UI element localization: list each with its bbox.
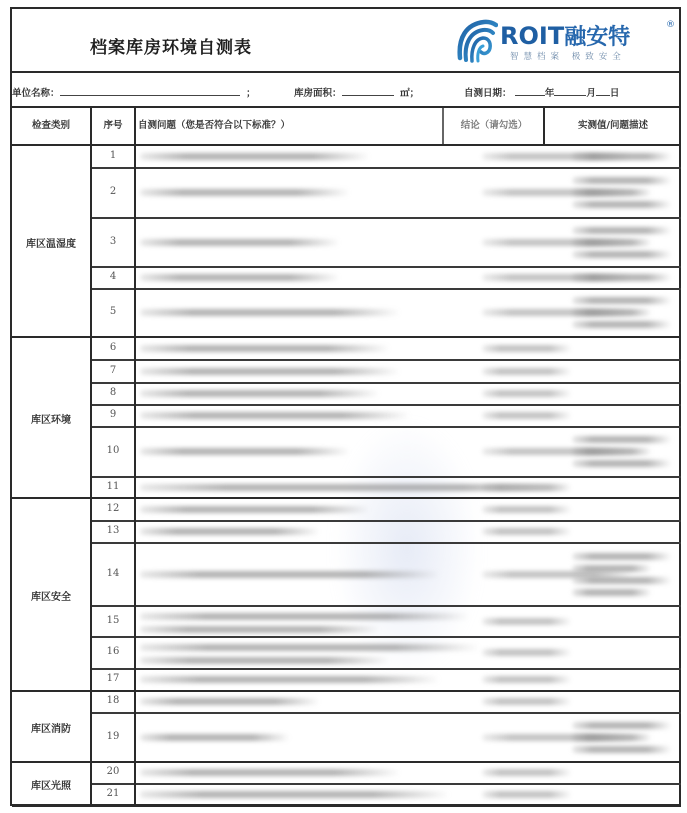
- row-number: 11: [92, 481, 134, 492]
- conclusion-redacted: [482, 676, 572, 683]
- question-text-redacted: [140, 274, 340, 281]
- brand-name: ROIT融安特: [500, 20, 630, 51]
- category-label: 库区温湿度: [12, 235, 90, 250]
- row-divider: [90, 605, 681, 607]
- question-text-redacted: [140, 769, 400, 776]
- brand-cn: 融安特: [564, 25, 630, 50]
- row-divider: [90, 288, 681, 290]
- conclusion-redacted: [482, 390, 572, 397]
- row-number: 20: [92, 766, 134, 777]
- table-header-row: 检查类别 序号 自测问题（您是否符合以下标准？） 结论（请勾选） 实测值/问题描…: [12, 108, 679, 146]
- measurement-redacted: [572, 553, 672, 560]
- measurement-redacted: [572, 251, 672, 258]
- measurement-redacted: [572, 153, 672, 160]
- row-divider: [12, 805, 681, 807]
- row-number: 9: [92, 409, 134, 420]
- year-label: 年: [545, 88, 555, 99]
- row-number: 8: [92, 387, 134, 398]
- row-divider: [90, 668, 681, 670]
- row-number: 14: [92, 568, 134, 579]
- row-number: 15: [92, 615, 134, 626]
- row-divider: [90, 520, 681, 522]
- measurement-redacted: [572, 577, 672, 584]
- brand-tagline: 智慧档案 极致安全: [510, 50, 626, 62]
- brand-latin: ROIT: [500, 22, 564, 50]
- row-divider: [12, 761, 681, 763]
- question-text-redacted: [140, 345, 390, 352]
- question-text-redacted: [140, 528, 320, 535]
- measurement-redacted: [572, 321, 672, 328]
- registered-mark: ®: [666, 20, 675, 30]
- row-number: 3: [92, 236, 134, 247]
- row-number: 13: [92, 525, 134, 536]
- date-label: 自测日期：: [464, 88, 512, 99]
- question-text-redacted: [140, 412, 410, 419]
- row-number: 4: [92, 271, 134, 282]
- area-field[interactable]: 库房面积： ㎡；: [294, 85, 419, 99]
- divider: [134, 108, 136, 144]
- conclusion-redacted: [482, 649, 572, 656]
- measurement-redacted: [572, 189, 652, 196]
- measurement-redacted: [572, 734, 652, 741]
- conclusion-redacted: [482, 528, 572, 535]
- conclusion-redacted: [482, 412, 572, 419]
- unit-name-field[interactable]: 单位名称： ；: [12, 85, 256, 99]
- row-divider: [90, 167, 681, 169]
- title-section: 档案库房环境自测表 ROIT融安特 ® 智慧档案 极致安全: [12, 9, 679, 73]
- area-blank[interactable]: [342, 86, 394, 96]
- row-divider: [90, 783, 681, 785]
- row-divider: [90, 404, 681, 406]
- conclusion-redacted: [482, 345, 572, 352]
- conclusion-redacted: [482, 698, 572, 705]
- conclusion-redacted: [482, 618, 572, 625]
- question-text-redacted: [140, 571, 440, 578]
- row-divider: [90, 542, 681, 544]
- measurement-redacted: [572, 746, 672, 753]
- unit-name-blank[interactable]: [60, 86, 240, 96]
- row-divider: [90, 266, 681, 268]
- measurement-redacted: [572, 589, 652, 596]
- page-title: 档案库房环境自测表: [90, 33, 252, 58]
- row-divider: [90, 636, 681, 638]
- question-text-redacted: [140, 657, 390, 664]
- row-number: 17: [92, 673, 134, 684]
- question-text-redacted: [140, 613, 470, 620]
- month-label: 月: [586, 88, 596, 99]
- column-divider: [90, 146, 92, 806]
- divider: [543, 108, 545, 144]
- row-divider: [90, 382, 681, 384]
- measurement-redacted: [572, 274, 672, 281]
- measurement-redacted: [572, 722, 672, 729]
- unit-name-label: 单位名称：: [12, 88, 60, 99]
- question-text-redacted: [140, 448, 350, 455]
- year-blank[interactable]: [515, 86, 545, 96]
- question-text-redacted: [140, 189, 350, 196]
- measurement-redacted: [572, 436, 672, 443]
- row-divider: [90, 359, 681, 361]
- row-divider: [90, 217, 681, 219]
- category-label: 库区消防: [12, 720, 90, 735]
- day-label: 日: [610, 88, 620, 99]
- question-text-redacted: [140, 368, 400, 375]
- fingerprint-shield-icon: [456, 18, 498, 64]
- question-text-redacted: [140, 506, 370, 513]
- question-text-redacted: [140, 734, 290, 741]
- column-divider: [134, 146, 136, 806]
- month-blank[interactable]: [554, 86, 586, 96]
- row-divider: [12, 497, 681, 499]
- row-number: 2: [92, 186, 134, 197]
- row-divider: [12, 690, 681, 692]
- info-row: 单位名称： ； 库房面积： ㎡； 自测日期： 年月日: [12, 73, 679, 108]
- conclusion-redacted: [482, 791, 572, 798]
- divider: [442, 108, 444, 144]
- measurement-redacted: [572, 297, 672, 304]
- row-divider: [12, 336, 681, 338]
- question-text-redacted: [140, 626, 380, 633]
- header-category: 检查类别: [12, 108, 90, 144]
- row-divider: [90, 426, 681, 428]
- row-number: 21: [92, 788, 134, 799]
- row-number: 12: [92, 503, 134, 514]
- conclusion-redacted: [482, 506, 572, 513]
- measurement-redacted: [572, 565, 652, 572]
- measurement-redacted: [572, 460, 672, 467]
- self-check-form: 档案库房环境自测表 ROIT融安特 ® 智慧档案 极致安全: [10, 7, 681, 806]
- question-text-redacted: [140, 153, 370, 160]
- row-number: 10: [92, 445, 134, 456]
- measurement-redacted: [572, 448, 652, 455]
- day-blank[interactable]: [596, 86, 610, 96]
- row-number: 18: [92, 695, 134, 706]
- row-divider: [90, 476, 681, 478]
- unit-name-suffix: ；: [246, 88, 256, 99]
- area-unit: ㎡；: [400, 88, 419, 99]
- row-number: 5: [92, 306, 134, 317]
- question-text-redacted: [140, 698, 320, 705]
- question-text-redacted: [140, 644, 480, 651]
- area-label: 库房面积：: [294, 88, 342, 99]
- header-measurement: 实测值/问题描述: [545, 108, 681, 144]
- scan-smudge: [332, 418, 482, 678]
- category-label: 库区光照: [12, 777, 90, 792]
- measurement-redacted: [572, 227, 672, 234]
- conclusion-redacted: [482, 484, 572, 491]
- measurement-redacted: [572, 309, 652, 316]
- measurement-redacted: [572, 177, 672, 184]
- row-number: 16: [92, 646, 134, 657]
- category-label: 库区安全: [12, 588, 90, 603]
- divider: [90, 108, 92, 144]
- row-number: 1: [92, 150, 134, 161]
- date-field[interactable]: 自测日期： 年月日: [464, 85, 619, 99]
- row-number: 7: [92, 365, 134, 376]
- row-number: 19: [92, 731, 134, 742]
- conclusion-redacted: [482, 769, 572, 776]
- question-text-redacted: [140, 309, 400, 316]
- question-text-redacted: [140, 390, 380, 397]
- question-text-redacted: [140, 676, 440, 683]
- row-divider: [90, 712, 681, 714]
- header-question: 自测问题（您是否符合以下标准？）: [138, 108, 290, 144]
- header-number: 序号: [92, 108, 134, 144]
- measurement-redacted: [572, 201, 672, 208]
- header-conclusion: 结论（请勾选）: [444, 108, 544, 144]
- question-text-redacted: [140, 791, 450, 798]
- measurement-redacted: [572, 239, 652, 246]
- category-label: 库区环境: [12, 411, 90, 426]
- conclusion-redacted: [482, 368, 572, 375]
- question-text-redacted: [140, 239, 340, 246]
- row-number: 6: [92, 342, 134, 353]
- brand-logo: ROIT融安特 ® 智慧档案 极致安全: [456, 18, 676, 66]
